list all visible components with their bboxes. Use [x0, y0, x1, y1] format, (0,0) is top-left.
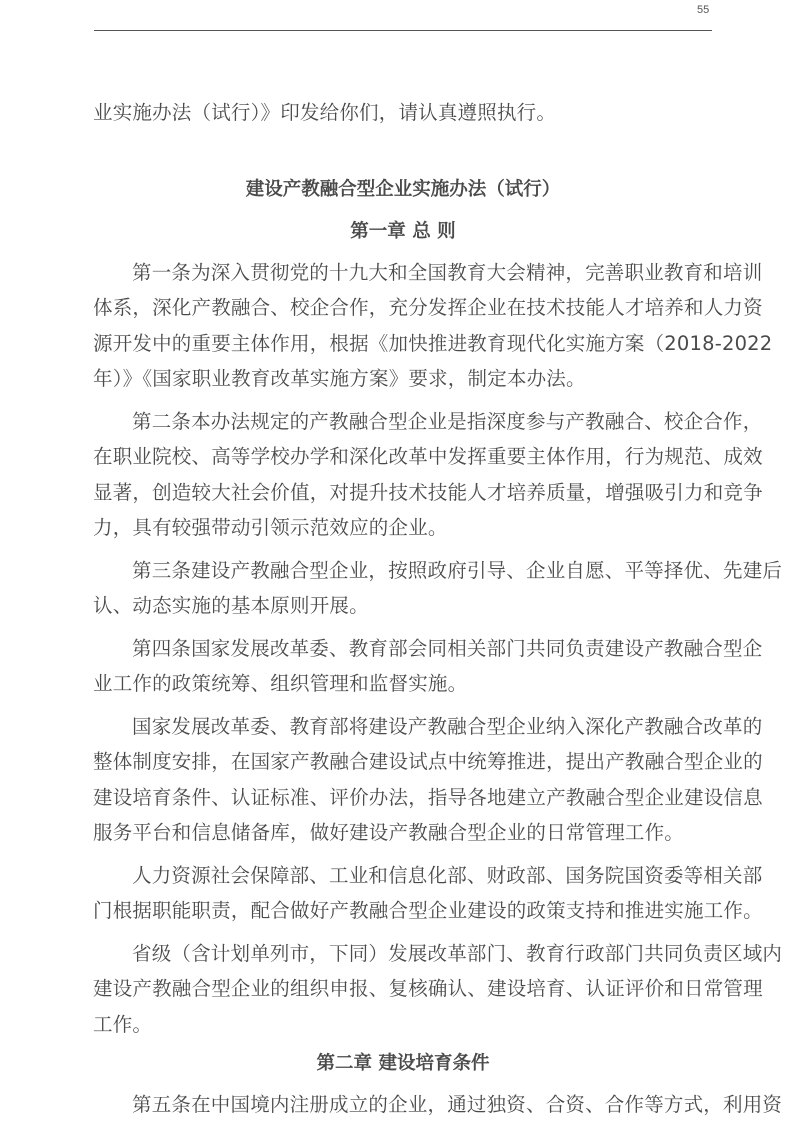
- text-line: 人力资源社会保障部、工业和信息化部、财政部、国务院国资委等相关部: [93, 858, 713, 894]
- text-line: 建设培育条件、认证标准、评价办法，指导各地建立产教融合型企业建设信息: [93, 780, 713, 816]
- article-3-paragraph: 第三条建设产教融合型企业，按照政府引导、企业自愿、平等择优、先建后 认、动态实施…: [93, 553, 713, 624]
- article-2-paragraph: 第二条本办法规定的产教融合型企业是指深度参与产教融合、校企合作， 在职业院校、高…: [93, 404, 713, 546]
- text-line: 在职业院校、高等学校办学和深化改革中发挥重要主体作用，行为规范、成效: [93, 439, 713, 475]
- document-title: 建设产教融合型企业实施办法（试行）: [93, 175, 713, 205]
- text-line: 第一条为深入贯彻党的十九大和全国教育大会精神，完善职业教育和培训: [93, 255, 713, 291]
- provincial-paragraph: 省级（含计划单列市，下同）发展改革部门、教育行政部门共同负责区域内 建设产教融合…: [93, 936, 713, 1043]
- text-line: 源开发中的重要主体作用，根据《加快推进教育现代化实施方案（2018-2022: [93, 326, 713, 362]
- text-line: 服务平台和信息储备库，做好建设产教融合型企业的日常管理工作。: [93, 815, 713, 851]
- document-body: 业实施办法（试行）》印发给你们，请认真遵照执行。 建设产教融合型企业实施办法（试…: [93, 95, 713, 1122]
- text-line: 体系，深化产教融合、校企合作，充分发挥企业在技术技能人才培养和人力资: [93, 290, 713, 326]
- text-line: 工作。: [93, 1007, 713, 1043]
- article-5-first-line: 第五条在中国境内注册成立的企业，通过独资、合资、合作等方式，利用资: [93, 1087, 713, 1122]
- continuation-line: 业实施办法（试行）》印发给你们，请认真遵照执行。: [93, 95, 713, 131]
- text-line: 力，具有较强带动引领示范效应的企业。: [93, 510, 713, 546]
- text-line: 第四条国家发展改革委、教育部会同相关部门共同负责建设产教融合型企: [93, 631, 713, 667]
- header-rule: [94, 30, 712, 31]
- text-line: 业工作的政策统筹、组织管理和监督实施。: [93, 666, 713, 702]
- text-line: 整体制度安排，在国家产教融合建设试点中统筹推进，提出产教融合型企业的: [93, 744, 713, 780]
- text-line: 第三条建设产教融合型企业，按照政府引导、企业自愿、平等择优、先建后: [93, 553, 713, 589]
- text-line: 认、动态实施的基本原则开展。: [93, 588, 713, 624]
- text-line: 建设产教融合型企业的组织申报、复核确认、建设培育、认证评价和日常管理: [93, 971, 713, 1007]
- ministries-paragraph: 人力资源社会保障部、工业和信息化部、财政部、国务院国资委等相关部 门根据职能职责…: [93, 858, 713, 929]
- text-line: 门根据职能职责，配合做好产教融合型企业建设的政策支持和推进实施工作。: [93, 893, 713, 929]
- text-line: 显著，创造较大社会价值，对提升技术技能人才培养质量，增强吸引力和竞争: [93, 475, 713, 511]
- chapter-2-title: 第二章 建设培育条件: [93, 1049, 713, 1079]
- ndrc-moe-paragraph: 国家发展改革委、教育部将建设产教融合型企业纳入深化产教融合改革的 整体制度安排，…: [93, 709, 713, 851]
- text-line: 年）》《国家职业教育改革实施方案》要求，制定本办法。: [93, 361, 713, 397]
- text-line: 第二条本办法规定的产教融合型企业是指深度参与产教融合、校企合作，: [93, 404, 713, 440]
- text-line: 省级（含计划单列市，下同）发展改革部门、教育行政部门共同负责区域内: [93, 936, 713, 972]
- page-number: 55: [697, 4, 709, 16]
- article-1-paragraph: 第一条为深入贯彻党的十九大和全国教育大会精神，完善职业教育和培训 体系，深化产教…: [93, 255, 713, 397]
- chapter-1-title: 第一章 总 则: [93, 217, 713, 247]
- article-4-paragraph: 第四条国家发展改革委、教育部会同相关部门共同负责建设产教融合型企 业工作的政策统…: [93, 631, 713, 702]
- text-line: 国家发展改革委、教育部将建设产教融合型企业纳入深化产教融合改革的: [93, 709, 713, 745]
